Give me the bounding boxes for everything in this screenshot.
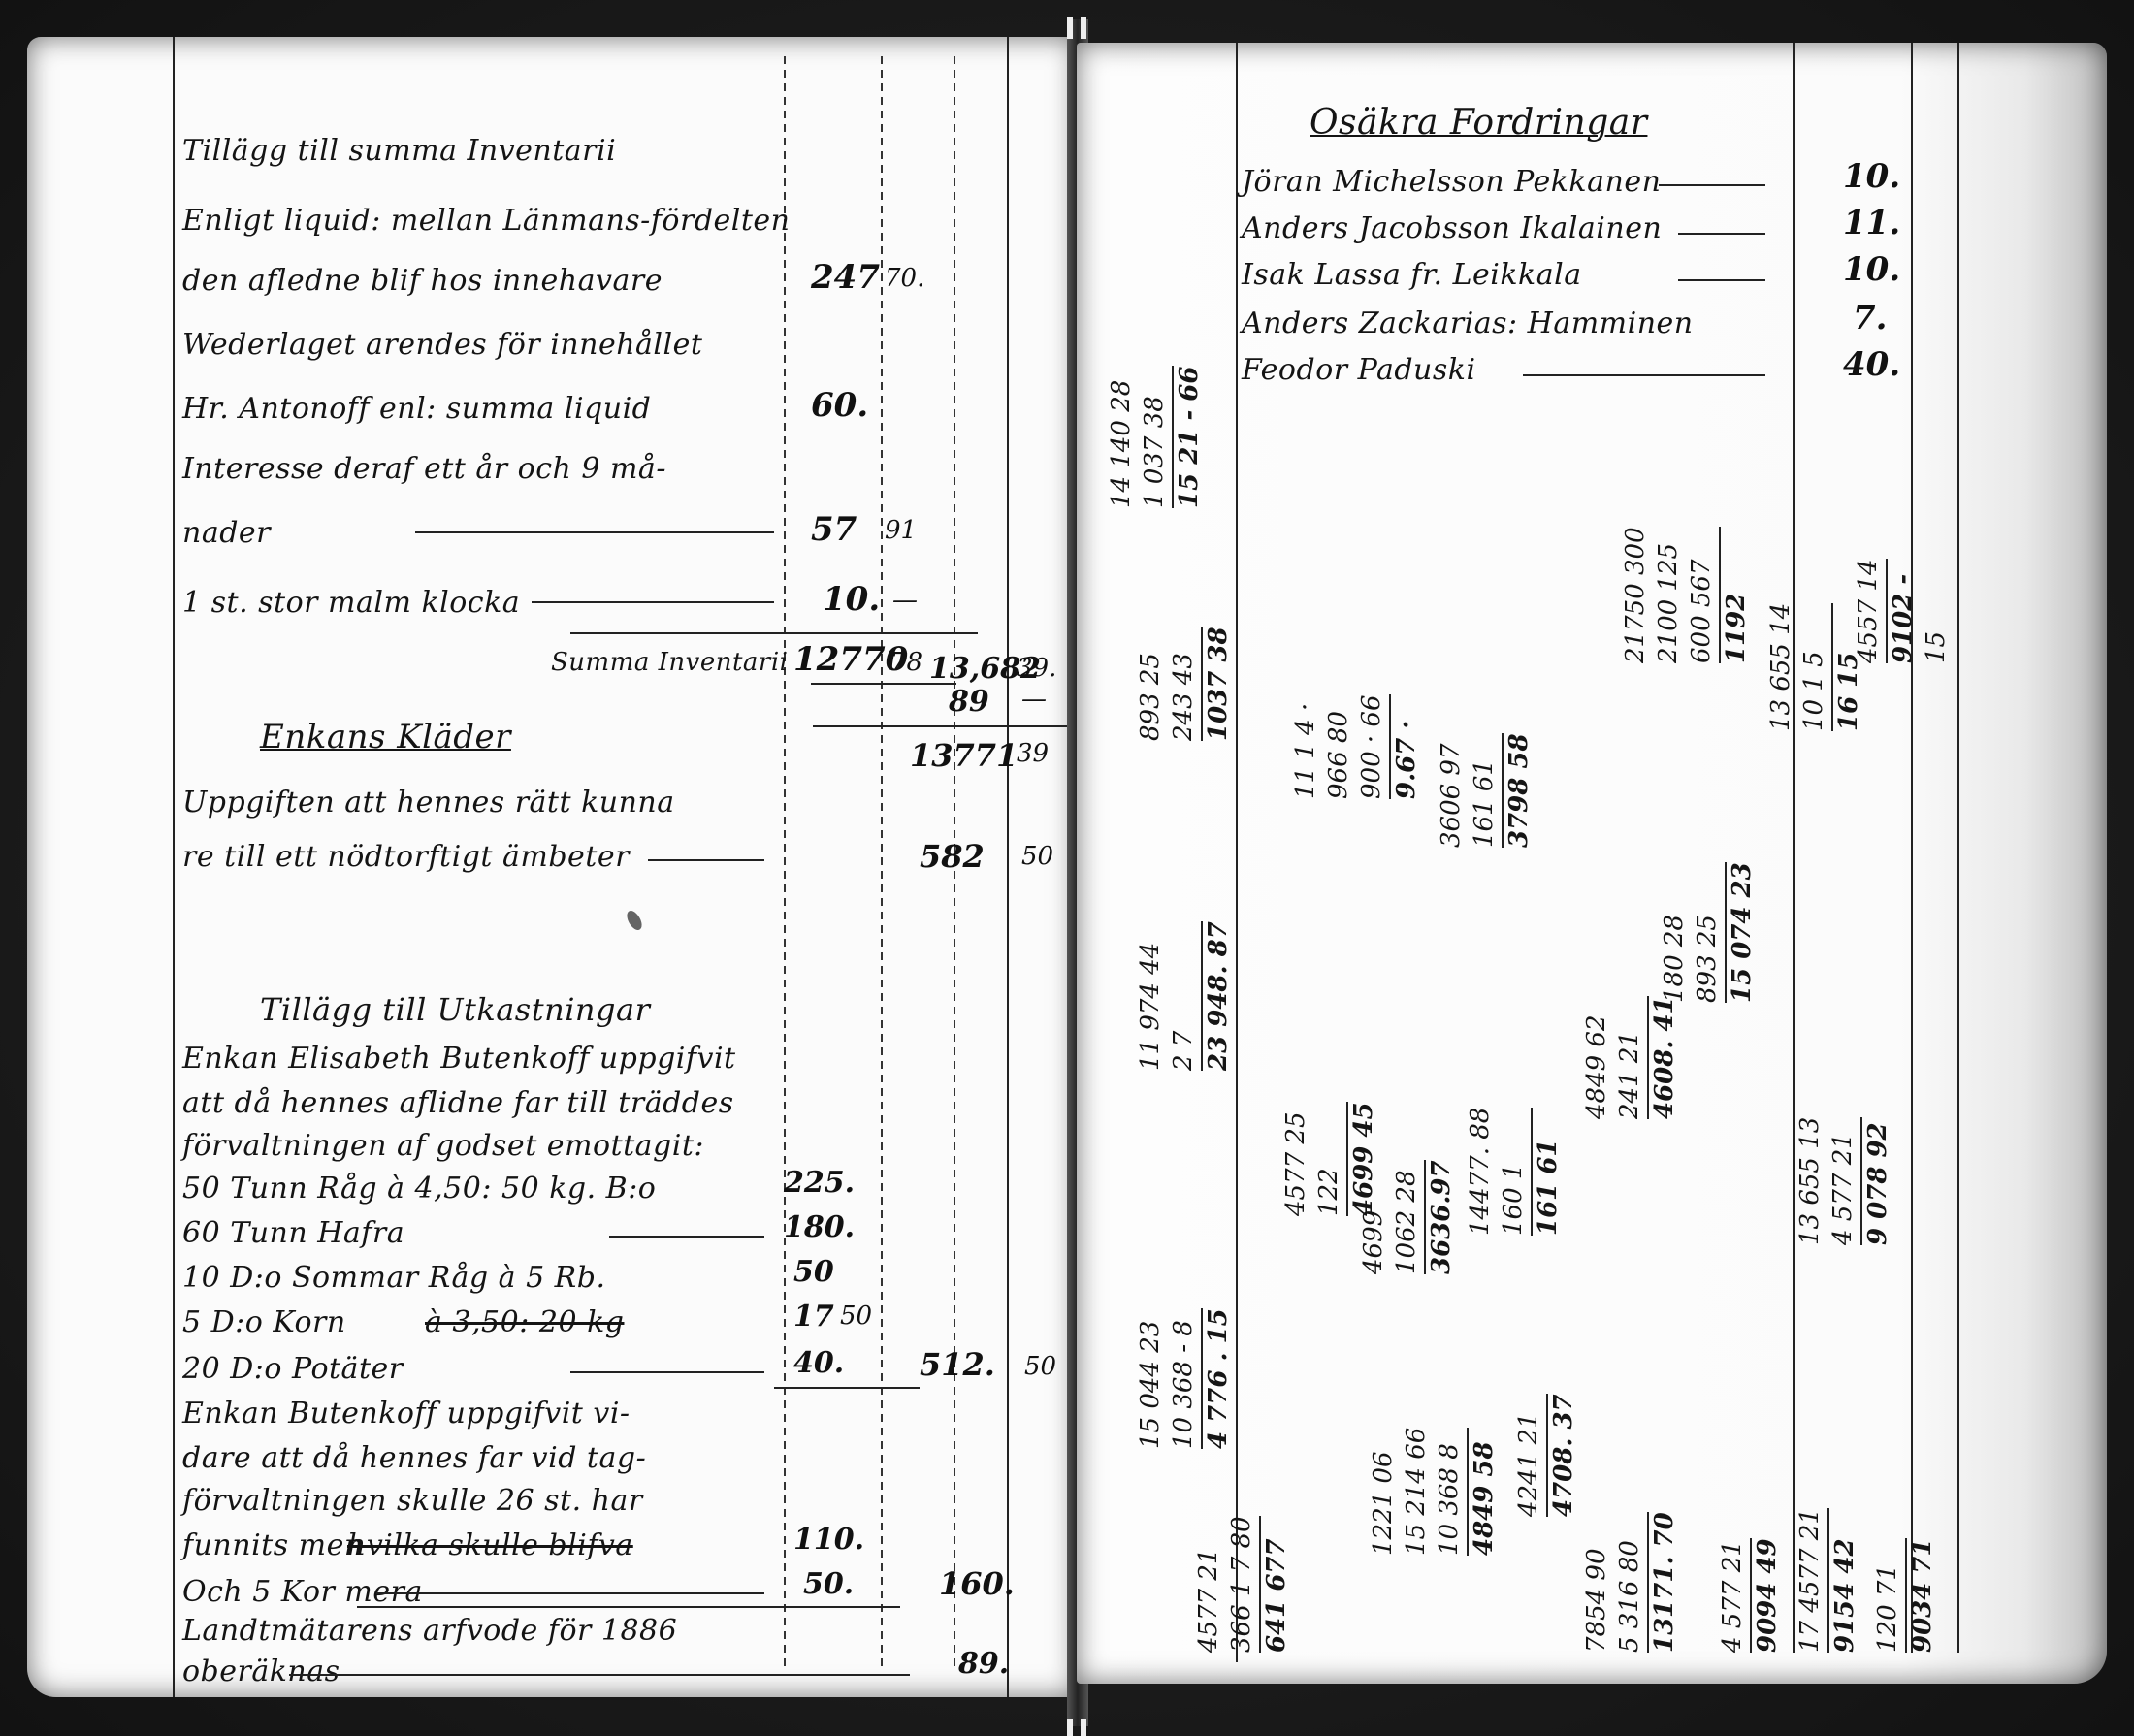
margin-calculation: 120 71 9034 71 (1872, 1538, 1938, 1653)
entry-ore: — (892, 586, 918, 615)
inventory-carry-ore: 39. (1017, 654, 1056, 683)
right-column-totals: 4557 14 9102 - 15 (1853, 559, 1952, 663)
entry-text: Interesse deraf ett år och 9 må- (182, 452, 666, 486)
item-text: funnits men (182, 1528, 364, 1562)
item-amount: 180. (784, 1210, 855, 1244)
margin-calculation: 14 140 28 1 037 38 15 21 - 66 (1106, 367, 1205, 509)
margin-calculation: 11 974 44 2 7 23 948. 87 (1135, 921, 1234, 1071)
margin-calculation: 14477. 88 160 1 161 61 (1465, 1108, 1564, 1236)
struck-text: hvilka skulle blifva (347, 1528, 633, 1562)
debtor-name: Isak Lassa fr. Leikkala (1242, 258, 1582, 292)
item-text: 50 Tunn Råg à 4,50: 50 kg. B:o (182, 1172, 656, 1206)
entry-amount: 247 (811, 258, 880, 297)
leader-line (648, 859, 764, 861)
entry-text: Tillägg till summa Inventarii (182, 134, 616, 168)
debtor-amount: 11. (1843, 204, 1900, 242)
entry-text: Uppgiften att hennes rätt kunna (182, 786, 675, 820)
leader-line (532, 601, 774, 603)
entry-text: den afledne blif hos innehavare (182, 264, 663, 298)
sum-rule (813, 725, 1077, 727)
entry-text: Enligt liquid: mellan Länmans-fördelten (182, 204, 791, 238)
entry-text: re till ett nödtorftigt ämbeter (182, 840, 630, 874)
intro-line: dare att då hennes far vid tag- (182, 1441, 646, 1475)
entry-amount: 10. (823, 580, 880, 619)
item-amount: 40. (793, 1346, 844, 1380)
leader-line (376, 1592, 764, 1594)
inventory-adjust: 89 (949, 685, 989, 719)
margin-calculation: 17 4577 21 9154 42 (1794, 1508, 1860, 1653)
ore-column-rule (881, 56, 883, 1666)
margin-rule (173, 37, 175, 1697)
sum-rule (357, 1606, 900, 1608)
item-text: 5 D:o Korn (182, 1305, 346, 1339)
item-text: 60 Tunn Hafra (182, 1216, 404, 1250)
entry-text: 1 st. stor malm klocka (182, 586, 520, 620)
debtor-name: Anders Jacobsson Ikalainen (1242, 211, 1662, 245)
inventory-grand-ore: 39 (1017, 739, 1049, 768)
leader-line (1659, 184, 1765, 186)
leader-line (1678, 279, 1765, 281)
debtor-name: Feodor Paduski (1242, 353, 1476, 387)
leader-line (289, 1674, 910, 1676)
leader-line (609, 1236, 764, 1238)
margin-calculation: 7854 90 5 316 80 13171. 70 (1581, 1512, 1680, 1653)
item-amount: 50 (793, 1255, 834, 1289)
klader-ore: 50 (1021, 842, 1053, 871)
margin-calculation: 4241 21 4708. 37 (1513, 1394, 1579, 1517)
left-page: Tillägg till summa Inventarii Enligt liq… (27, 37, 1077, 1697)
entry-amount: 57 (811, 510, 857, 549)
underline (811, 683, 956, 685)
inventory-total-label: Summa Inventarii (551, 648, 788, 677)
item-amount: 225. (784, 1166, 855, 1200)
margin-calculation: 180 28 893 25 15 074 23 (1659, 862, 1758, 1003)
debtor-amount: 10. (1843, 157, 1900, 196)
intro-line: förvaltningen skulle 26 st. har (182, 1484, 643, 1518)
debtor-name: Jöran Michelsson Pekkanen (1242, 165, 1661, 199)
debtor-amount: 7. (1853, 299, 1888, 338)
klader-amount: 582 (920, 838, 985, 875)
closing-line: oberäknas (182, 1655, 340, 1688)
inventory-total-ore: 78 (890, 648, 922, 677)
leader-line (415, 531, 774, 533)
margin-calculation: 3606 97 161 61 3798 58 (1436, 733, 1535, 848)
margin-calculation: 13 655 13 4 577 21 9 078 92 (1794, 1117, 1893, 1245)
section-heading: Enkans Kläder (260, 718, 511, 756)
items-total-ore: 50 (1024, 1352, 1056, 1381)
margin-calculation: 4849 62 241 21 4608. 41 (1581, 996, 1680, 1119)
right-page: Osäkra Fordringar Jöran Michelsson Pekka… (1077, 43, 2107, 1684)
intro-line: att då hennes aflidne far till träddes (182, 1086, 734, 1120)
item-text: 10 D:o Sommar Råg à 5 Rb. (182, 1261, 606, 1295)
leader-line (570, 1371, 764, 1373)
margin-calculation: 15 044 23 10 368 - 8 4 776 . 15 (1135, 1308, 1234, 1449)
intro-line: Enkan Butenkoff uppgifvit vi- (182, 1397, 630, 1431)
entry-text: nader (182, 516, 271, 550)
outer-rule (1957, 43, 1959, 1653)
inventory-adjust-ore: — (1021, 685, 1047, 714)
items-total: 512. (920, 1346, 995, 1383)
margin-calculation: 11 1 4 · 966 80 900 · 66 9.67 · (1290, 694, 1422, 799)
ink-blot (624, 908, 644, 932)
margin-calculation: 893 25 243 43 1037 38 (1135, 627, 1234, 741)
struck-text: à 3,50: 20 kg (425, 1305, 624, 1339)
leader-line (1678, 233, 1765, 235)
margin-calculation: 13 655 14 10 1 5 16 15 (1765, 603, 1864, 731)
entry-ore: 91 (885, 516, 917, 545)
margin-calculation: 1221 06 15 214 66 10 368 8 4849 58 (1368, 1428, 1500, 1556)
margin-rule (1236, 43, 1238, 1662)
margin-calculation: 21750 300 2100 125 600 567 1192 (1620, 527, 1752, 663)
page-heading: Osäkra Fordringar (1309, 103, 1647, 143)
leader-line (1523, 374, 1765, 376)
entry-text: Hr. Antonoff enl: summa liquid (182, 392, 651, 426)
entry-text: Wederlaget arendes för innehållet (182, 328, 702, 362)
margin-calculation: 4577 21 366 1 7 80 641 677 (1193, 1516, 1292, 1653)
amount-column-rule (1793, 43, 1794, 1653)
margin-calculation: 4699 1062 28 3636.97 (1358, 1160, 1457, 1274)
item-text: 20 D:o Potäter (182, 1352, 404, 1386)
inventory-grand-total: 13771 (910, 737, 1018, 774)
item-amount: 110. (793, 1523, 864, 1557)
debtor-amount: 10. (1843, 250, 1900, 289)
ore-column-rule (1911, 43, 1913, 1653)
second-total: 160. (939, 1565, 1015, 1602)
entry-amount: 60. (811, 386, 868, 425)
section-heading: Tillägg till Utkastningar (260, 991, 650, 1028)
margin-calculation: 4 577 21 9094 49 (1717, 1538, 1783, 1653)
total-column-rule (1007, 37, 1009, 1697)
item-amount: 17 (793, 1300, 834, 1334)
item-amount: 50. (803, 1567, 854, 1601)
item-ore: 50 (840, 1302, 872, 1331)
amount-column-rule (784, 56, 786, 1666)
debtor-name: Anders Zackarias: Hamminen (1242, 306, 1694, 340)
sum-rule (774, 1387, 920, 1389)
closing-line: Landtmätarens arfvode för 1886 (182, 1614, 677, 1648)
sum-rule (570, 632, 978, 634)
entry-ore: 70. (885, 264, 924, 293)
closing-total: 89. (958, 1647, 1009, 1681)
debtor-amount: 40. (1843, 345, 1900, 384)
intro-line: Enkan Elisabeth Butenkoff uppgifvit (182, 1042, 736, 1076)
intro-line: förvaltningen af godset emottagit: (182, 1129, 704, 1163)
